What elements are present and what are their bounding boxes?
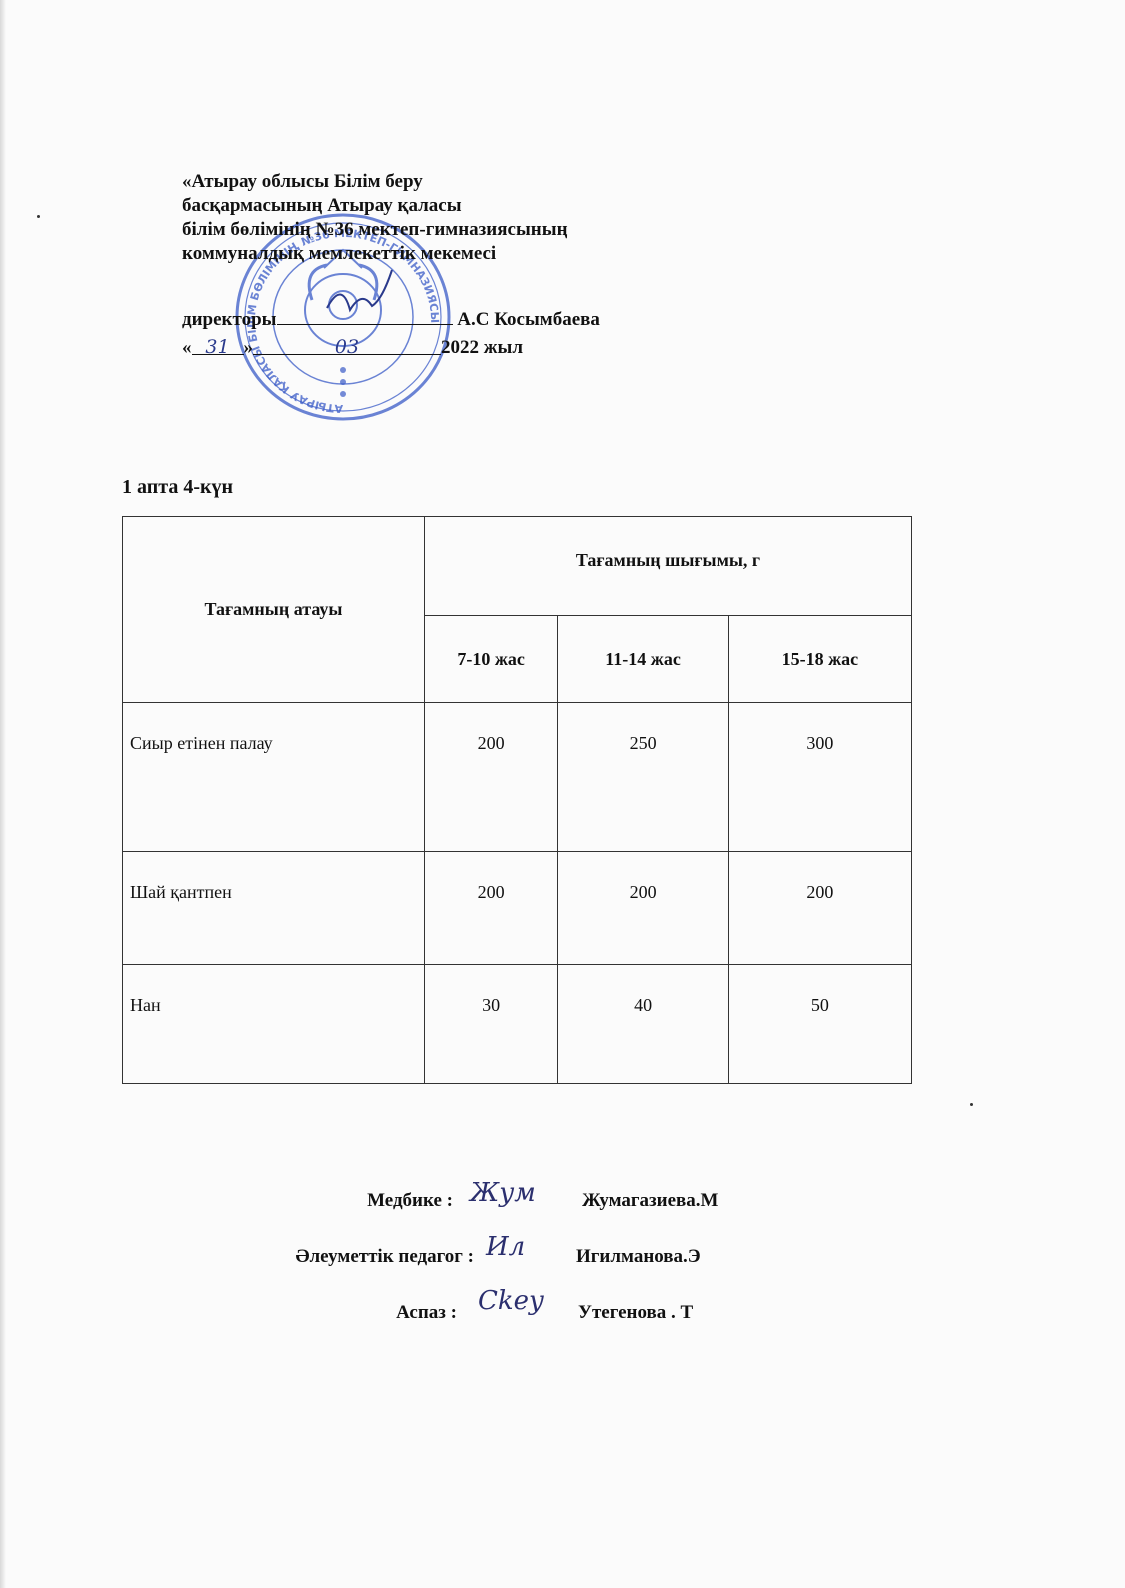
signature-row-social-pedagogue: Әлеуметтік педагог : Ил Игилманова.Э — [0, 1246, 1125, 1276]
director-line: директоры А.С Косымбаева — [182, 306, 600, 331]
org-line: коммуналдық мемлекеттік мекемесі — [182, 242, 568, 266]
approval-org-block: «Атырау облысы Білім беру басқармасының … — [182, 170, 568, 266]
director-signature — [327, 270, 392, 310]
signature-underline — [277, 306, 453, 325]
page-edge-shadow — [0, 0, 6, 1588]
director-label: директоры — [182, 309, 277, 330]
handwritten-signature: Жум — [470, 1178, 536, 1208]
role-label: Әлеуметтік педагог : — [295, 1246, 474, 1268]
org-line: білім бөлімінің №36 мектеп-гимназиясының — [182, 218, 568, 242]
dish-name: Сиыр етінен палау — [123, 703, 425, 852]
role-label: Медбике : — [367, 1190, 453, 1212]
signer-name: Жумагазиева.М — [582, 1190, 719, 1212]
portion-value: 250 — [558, 703, 728, 852]
signature-row-nurse: Медбике : Жум Жумагазиева.М — [0, 1190, 1125, 1220]
org-line: «Атырау облысы Білім беру — [182, 170, 568, 194]
portion-value: 200 — [558, 852, 728, 965]
scan-speck — [37, 215, 40, 218]
table-row: Нан 30 40 50 — [123, 965, 912, 1084]
portion-value: 40 — [558, 965, 728, 1084]
week-day-title: 1 апта 4-күн — [122, 476, 233, 499]
date-year: 2022 жыл — [441, 337, 523, 358]
portion-value: 30 — [424, 965, 557, 1084]
signature-row-cook: Аспаз : Ckey Утегенова . Т — [0, 1302, 1125, 1332]
scan-speck — [970, 1103, 973, 1106]
header-dish-name: Тағамның атауы — [123, 517, 425, 703]
handwritten-signature: Ckey — [478, 1286, 544, 1316]
header-age-7-10: 7-10 жас — [424, 616, 557, 703]
date-close-quote: » — [244, 337, 254, 358]
header-age-11-14: 11-14 жас — [558, 616, 728, 703]
dish-name: Нан — [123, 965, 425, 1084]
org-line: басқармасының Атырау қаласы — [182, 194, 568, 218]
role-label: Аспаз : — [396, 1302, 457, 1324]
approval-date-line: «31»032022 жыл — [182, 336, 523, 359]
date-month: 03 — [335, 336, 359, 358]
date-day: 31 — [205, 336, 229, 358]
table-row: Сиыр етінен палау 200 250 300 — [123, 703, 912, 852]
table-row: Шай қантпен 200 200 200 — [123, 852, 912, 965]
header-portion-output: Тағамның шығымы, г — [424, 517, 911, 616]
director-name: А.С Косымбаева — [457, 309, 600, 330]
portion-value: 200 — [728, 852, 911, 965]
date-open-quote: « — [182, 337, 192, 358]
menu-table: Тағамның атауы Тағамның шығымы, г 7-10 ж… — [122, 516, 912, 1084]
portion-value: 200 — [424, 703, 557, 852]
header-age-15-18: 15-18 жас — [728, 616, 911, 703]
portion-value: 50 — [728, 965, 911, 1084]
dish-name: Шай қантпен — [123, 852, 425, 965]
handwritten-signature: Ил — [486, 1232, 525, 1262]
portion-value: 200 — [424, 852, 557, 965]
signer-name: Игилманова.Э — [576, 1246, 701, 1268]
portion-value: 300 — [728, 703, 911, 852]
signer-name: Утегенова . Т — [578, 1302, 693, 1324]
